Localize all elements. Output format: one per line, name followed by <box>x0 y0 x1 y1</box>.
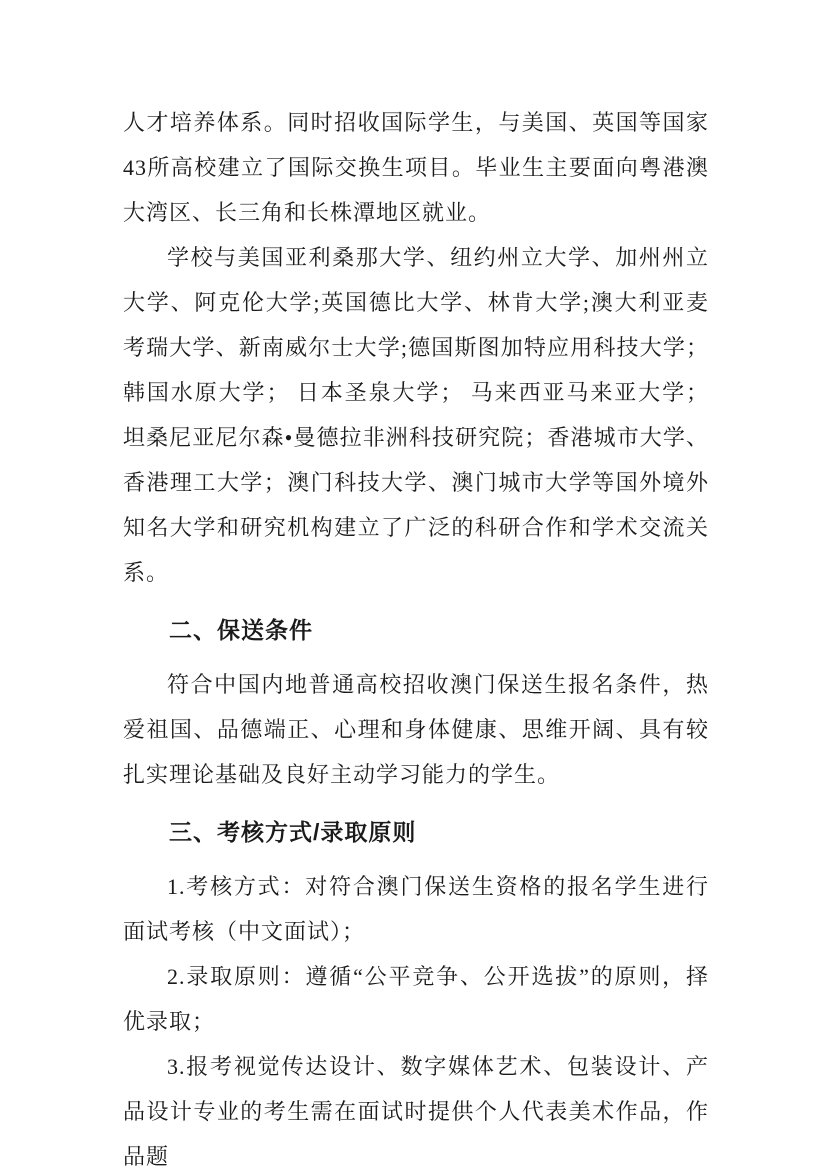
body-paragraph-conditions: 符合中国内地普通高校招收澳门保送生报名条件，热爱祖国、品德端正、心理和身体健康、… <box>123 662 709 797</box>
numbered-item-1-assessment-method: 1.考核方式：对符合澳门保送生资格的报名学生进行面试考核（中文面试）； <box>123 864 709 954</box>
body-paragraph-partner-universities: 学校与美国亚利桑那大学、纽约州立大学、加州州立大学、阿克伦大学;英国德比大学、林… <box>123 235 709 595</box>
numbered-item-2-admission-principle: 2.录取原则：遵循“公平竞争、公开选拔”的原则，择优录取； <box>123 954 709 1044</box>
section-heading-assessment-admission: 三、考核方式/录取原则 <box>123 810 709 855</box>
numbered-item-3-art-portfolio-requirement: 3.报考视觉传达设计、数字媒体艺术、包装设计、产品设计专业的考生需在面试时提供个… <box>123 1044 709 1173</box>
section-heading-baosong-conditions: 二、保送条件 <box>123 608 709 653</box>
body-paragraph-intro-continuation: 人才培养体系。同时招收国际学生，与美国、英国等国家43所高校建立了国际交换生项目… <box>123 100 709 235</box>
document-page: 人才培养体系。同时招收国际学生，与美国、英国等国家43所高校建立了国际交换生项目… <box>0 0 830 1173</box>
